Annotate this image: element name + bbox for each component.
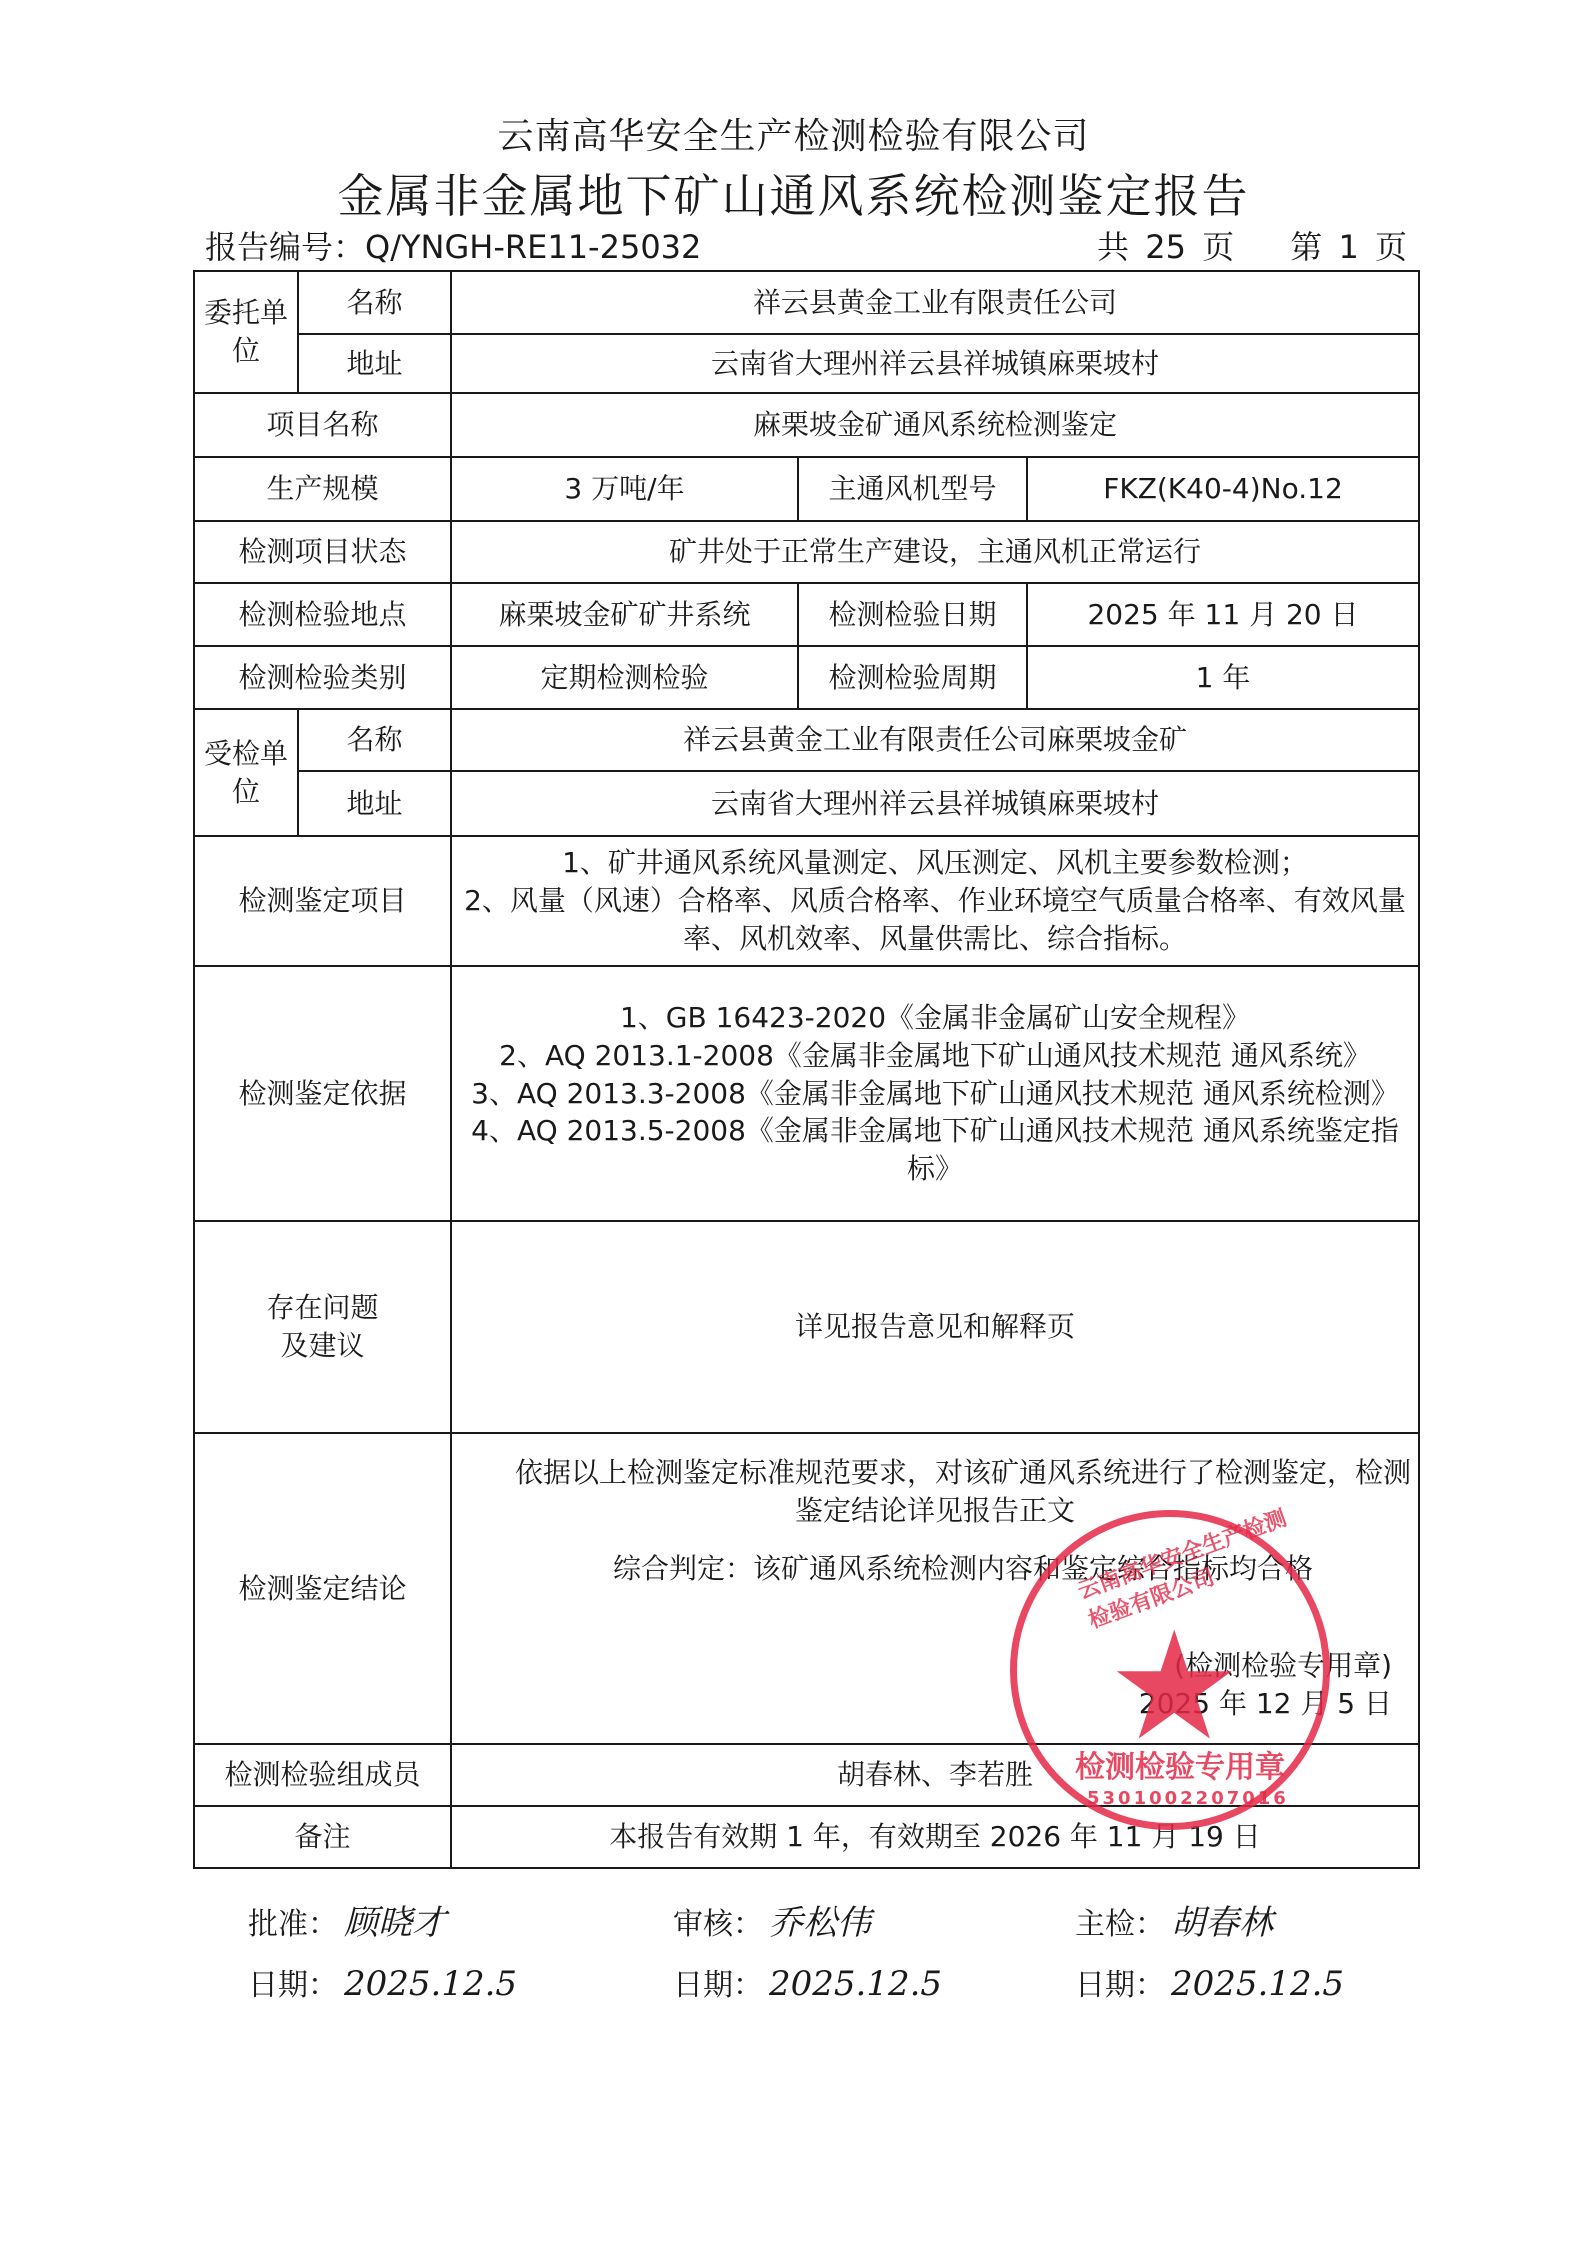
basis-line: 1、GB 16423-2020《金属非金属矿山安全规程》 (458, 999, 1412, 1037)
chief-date: 日期：2025.12.5 (1075, 1960, 1344, 2004)
approve-sig: 顾晓才 (344, 1903, 446, 1943)
inspected-address-label: 地址 (298, 771, 451, 836)
basis-line: 2、AQ 2013.1-2008《金属非金属地下矿山通风技术规范 通风系统》 (458, 1037, 1412, 1075)
chief-date-value: 2025.12.5 (1171, 1964, 1344, 2004)
fan-model-value: FKZ(K40-4)No.12 (1027, 457, 1419, 521)
issues-label-line: 及建议 (201, 1327, 444, 1365)
remarks-label: 备注 (194, 1806, 451, 1868)
basis-line: 3、AQ 2013.3-2008《金属非金属地下矿山通风技术规范 通风系统检测》 (458, 1075, 1412, 1113)
approve-signature: 批准：顾晓才 (248, 1895, 446, 1944)
report-number: 报告编号：Q/YNGH-RE11-25032 (205, 222, 701, 268)
issues-value: 详见报告意见和解释页 (451, 1221, 1419, 1433)
conclusion-label: 检测鉴定结论 (194, 1433, 451, 1744)
date-value: 2025 年 11 月 20 日 (1027, 583, 1419, 646)
chief-date-label: 日期： (1075, 1968, 1165, 2003)
review-label: 审核： (673, 1907, 763, 1942)
date-label: 检测检验日期 (798, 583, 1027, 646)
basis-label: 检测鉴定依据 (194, 966, 451, 1221)
report-number-label: 报告编号： (205, 228, 365, 266)
fan-model-label: 主通风机型号 (798, 457, 1027, 521)
basis-content: 1、GB 16423-2020《金属非金属矿山安全规程》 2、AQ 2013.1… (451, 966, 1419, 1221)
inspected-name-label: 名称 (298, 709, 451, 771)
client-group-label: 委托单位 (194, 271, 298, 393)
current-page: 第 1 页 (1290, 228, 1407, 266)
inspected-name: 祥云县黄金工业有限责任公司麻栗坡金矿 (451, 709, 1419, 771)
page-info: 共 25 页 第 1 页 (1087, 222, 1407, 268)
stamp-date: 2025 年 12 月 5 日 (458, 1685, 1412, 1723)
review-sig: 乔松伟 (769, 1903, 871, 1943)
period-label: 检测检验周期 (798, 646, 1027, 709)
inspected-address: 云南省大理州祥云县祥城镇麻栗坡村 (451, 771, 1419, 836)
conclusion-verdict: 综合判定：该矿通风系统检测内容和鉴定综合指标均合格 (458, 1550, 1412, 1588)
approve-date: 日期：2025.12.5 (248, 1960, 517, 2004)
project-name-label: 项目名称 (194, 393, 451, 457)
status-value: 矿井处于正常生产建设，主通风机正常运行 (451, 521, 1419, 583)
conclusion-content: 依据以上检测鉴定标准规范要求，对该矿通风系统进行了检测鉴定，检测鉴定结论详见报告… (451, 1433, 1419, 1744)
report-number-value: Q/YNGH-RE11-25032 (365, 228, 701, 266)
review-signature: 审核：乔松伟 (673, 1895, 871, 1944)
client-name-label: 名称 (298, 271, 451, 334)
client-address: 云南省大理州祥云县祥城镇麻栗坡村 (451, 334, 1419, 393)
company-name: 云南高华安全生产检测检验有限公司 (0, 108, 1587, 159)
inspected-group-label: 受检单位 (194, 709, 298, 836)
chief-label: 主检： (1075, 1907, 1165, 1942)
team-value: 胡春林、李若胜 (451, 1744, 1419, 1806)
project-name: 麻栗坡金矿通风系统检测鉴定 (451, 393, 1419, 457)
type-value: 定期检测检验 (451, 646, 798, 709)
type-label: 检测检验类别 (194, 646, 451, 709)
issues-label-line: 存在问题 (201, 1289, 444, 1327)
chief-signature: 主检：胡春林 (1075, 1895, 1273, 1944)
report-title: 金属非金属地下矿山通风系统检测鉴定报告 (0, 160, 1587, 226)
basis-line: 4、AQ 2013.5-2008《金属非金属地下矿山通风技术规范 通风系统鉴定指… (458, 1112, 1412, 1188)
scale-label: 生产规模 (194, 457, 451, 521)
items-label: 检测鉴定项目 (194, 836, 451, 966)
items-line: 2、风量（风速）合格率、风质合格率、作业环境空气质量合格率、有效风量率、风机效率… (458, 882, 1412, 958)
items-line: 1、矿井通风系统风量测定、风压测定、风机主要参数检测； (458, 844, 1412, 882)
chief-sig: 胡春林 (1171, 1903, 1273, 1943)
items-content: 1、矿井通风系统风量测定、风压测定、风机主要参数检测； 2、风量（风速）合格率、… (451, 836, 1419, 966)
client-name: 祥云县黄金工业有限责任公司 (451, 271, 1419, 334)
total-pages: 共 25 页 (1097, 228, 1234, 266)
remarks-value: 本报告有效期 1 年，有效期至 2026 年 11 月 19 日 (451, 1806, 1419, 1868)
approve-date-value: 2025.12.5 (344, 1964, 517, 2004)
review-date-label: 日期： (673, 1968, 763, 2003)
report-table: 委托单位 名称 祥云县黄金工业有限责任公司 地址 云南省大理州祥云县祥城镇麻栗坡… (193, 270, 1420, 1869)
issues-label: 存在问题 及建议 (194, 1221, 451, 1433)
period-value: 1 年 (1027, 646, 1419, 709)
stamp-note: (检测检验专用章) (458, 1647, 1412, 1685)
approve-label: 批准： (248, 1907, 338, 1942)
review-date-value: 2025.12.5 (769, 1964, 942, 2004)
status-label: 检测项目状态 (194, 521, 451, 583)
conclusion-paragraph: 依据以上检测鉴定标准规范要求，对该矿通风系统进行了检测鉴定，检测鉴定结论详见报告… (458, 1454, 1412, 1530)
team-label: 检测检验组成员 (194, 1744, 451, 1806)
review-date: 日期：2025.12.5 (673, 1960, 942, 2004)
location-label: 检测检验地点 (194, 583, 451, 646)
location-value: 麻栗坡金矿矿井系统 (451, 583, 798, 646)
approve-date-label: 日期： (248, 1968, 338, 2003)
scale-value: 3 万吨/年 (451, 457, 798, 521)
client-address-label: 地址 (298, 334, 451, 393)
